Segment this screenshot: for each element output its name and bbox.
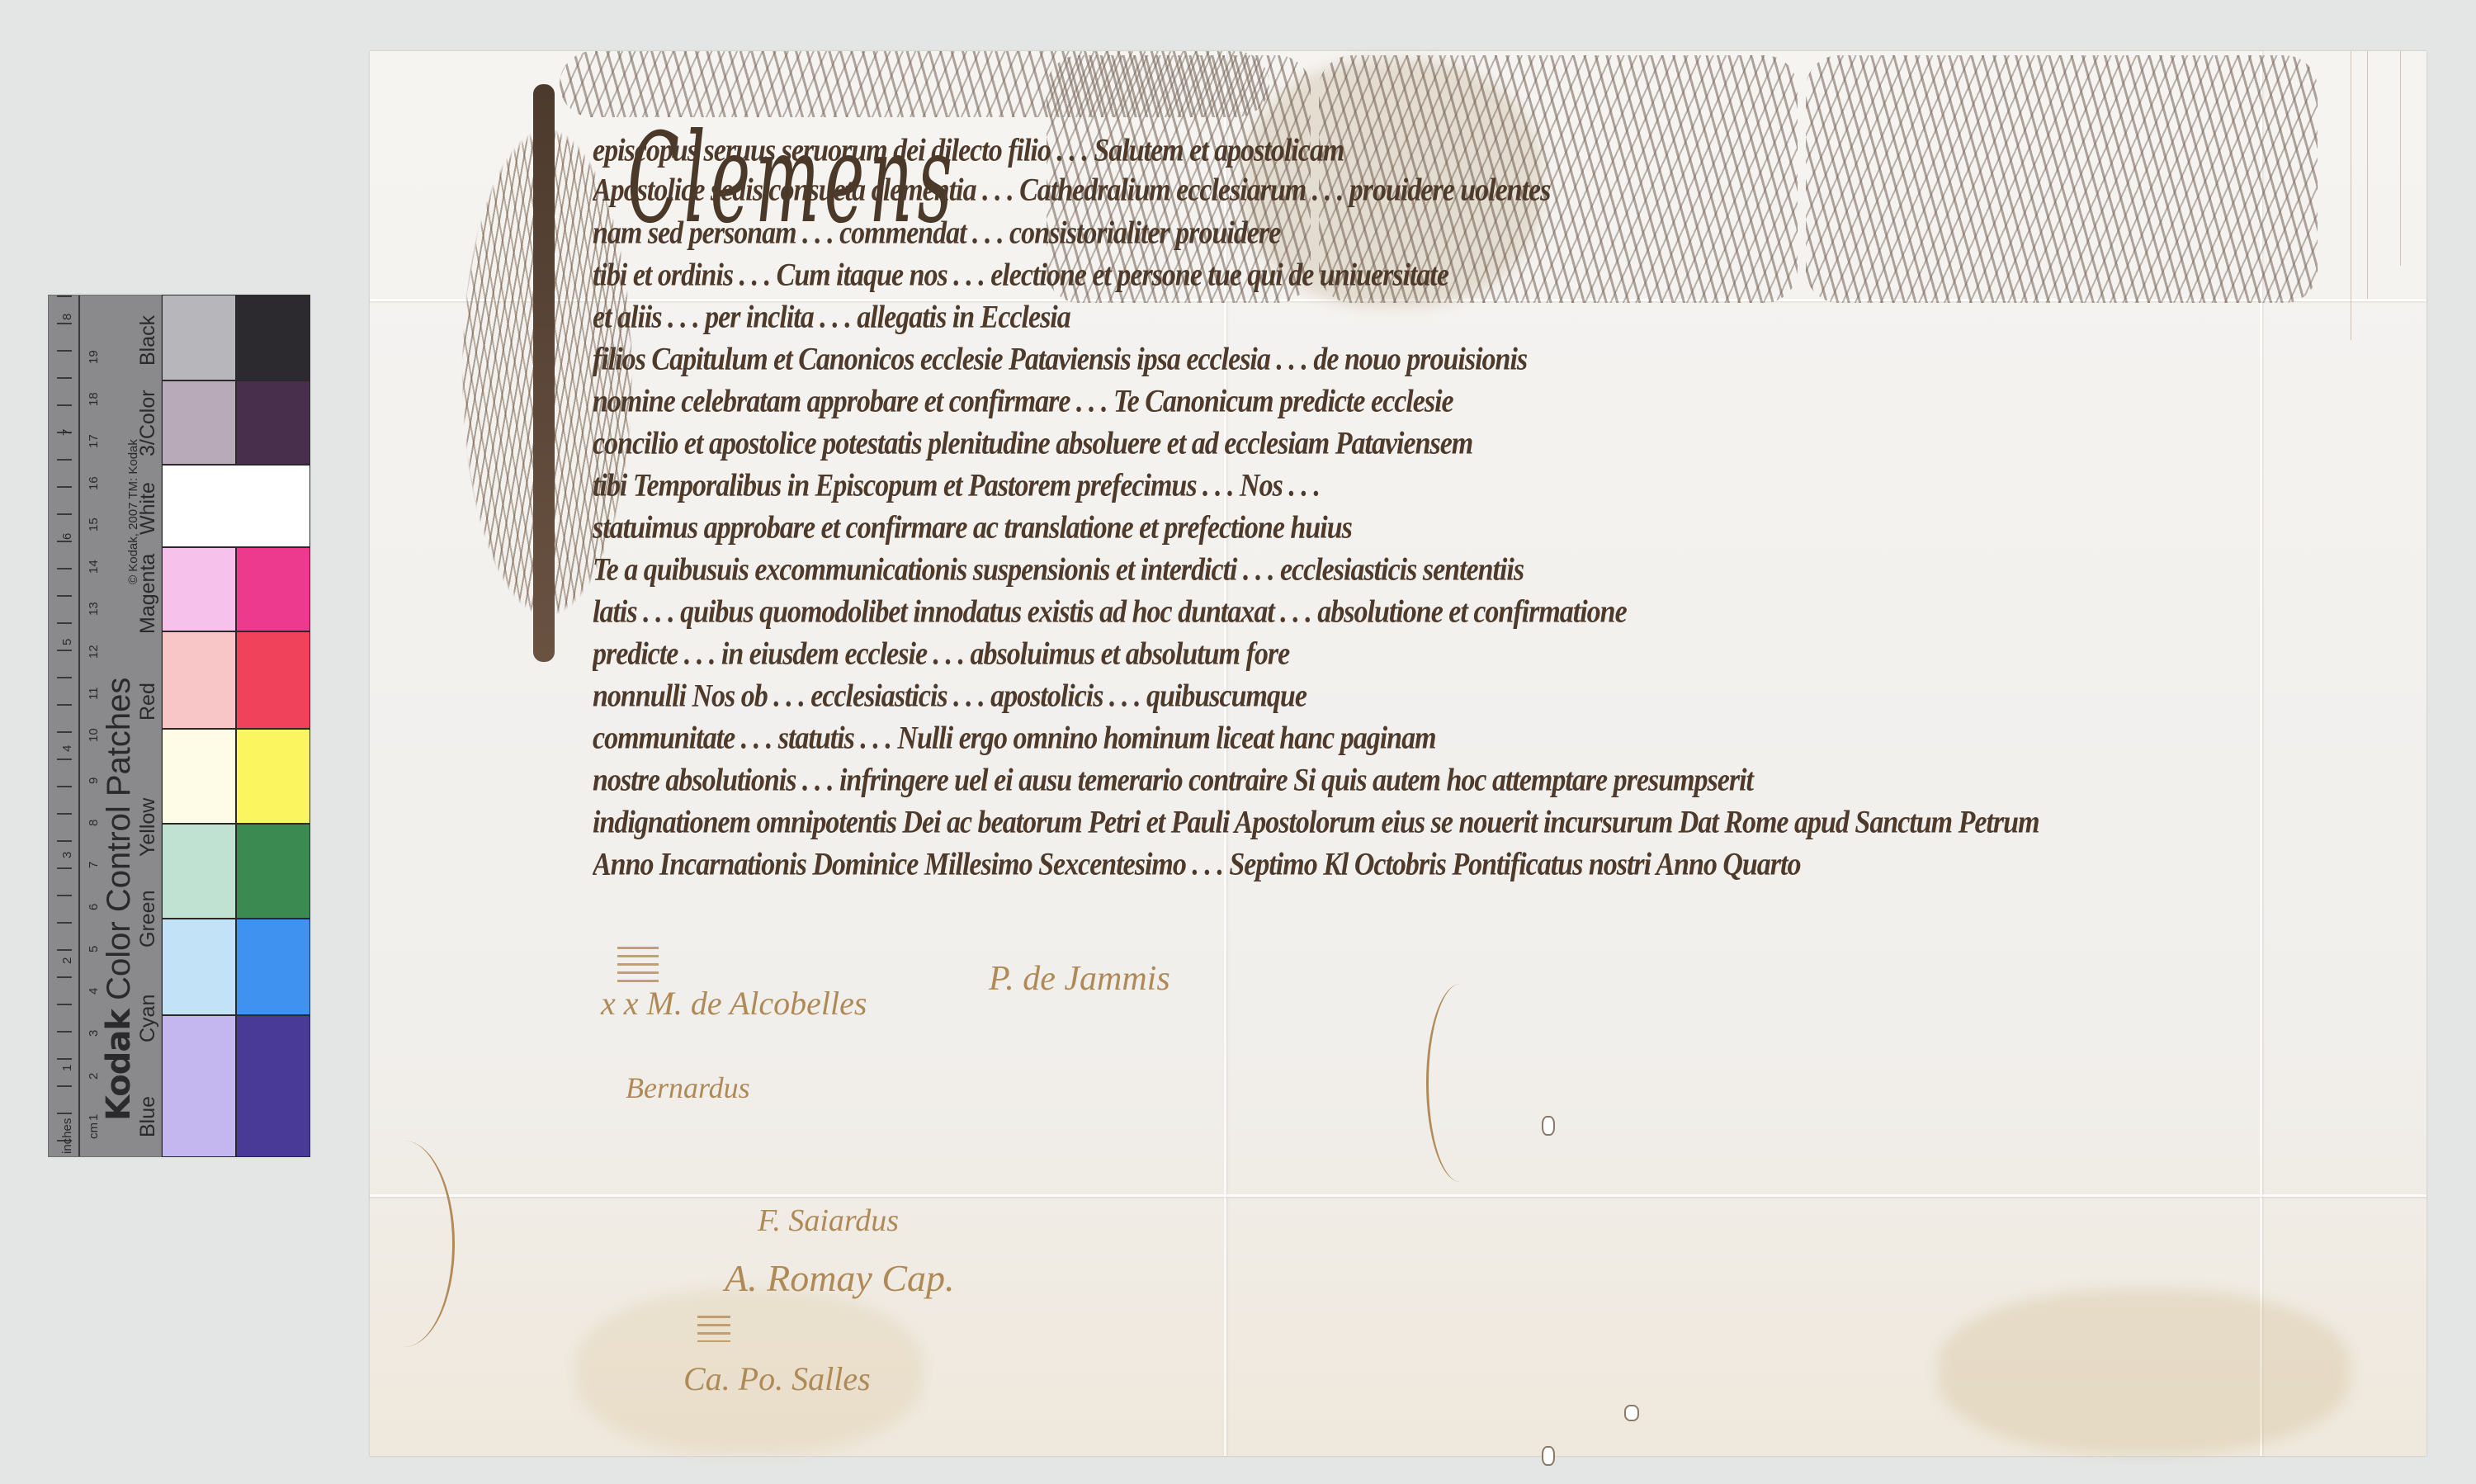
inch-mark: 8 xyxy=(60,314,74,320)
text-line: Te a quibusuis excommunicationis suspens… xyxy=(593,552,2400,588)
patch-3color-dark xyxy=(236,380,310,465)
product-name: Color Control Patches xyxy=(101,678,137,1000)
text-line: nonnulli Nos ob . . . ecclesiasticis . .… xyxy=(593,678,2400,715)
patch-yellow-light xyxy=(162,729,236,824)
kodak-logo-text: Kodak xyxy=(100,1009,138,1121)
text-line: nomine celebratam approbare et confirmar… xyxy=(593,384,2400,420)
text-line: tibi Temporalibus in Episcopum et Pastor… xyxy=(593,468,2400,504)
cm-mark: 13 xyxy=(87,602,101,616)
text-line: nam sed personam . . . commendat . . . c… xyxy=(593,215,2400,252)
registry-marks xyxy=(697,1316,730,1342)
parchment-document: Clemens episcopus seruus seruorum dei di… xyxy=(370,51,2426,1456)
patch-label-3color: 3/Color xyxy=(136,390,160,456)
inches-label: inches xyxy=(60,1118,74,1154)
patch-red-light xyxy=(162,631,236,729)
patch-label-yellow: Yellow xyxy=(136,798,160,857)
text-line: tibi et ordinis . . . Cum itaque nos . .… xyxy=(593,258,2400,294)
cm-mark: 19 xyxy=(87,350,101,364)
patch-label-green: Green xyxy=(136,891,160,948)
text-line: latis . . . quibus quomodolibet innodatu… xyxy=(593,594,2400,631)
cm-mark: 1 xyxy=(87,1114,101,1121)
cm-mark: 10 xyxy=(87,728,101,742)
patch-3color-light xyxy=(162,380,236,465)
patch-black-light xyxy=(162,295,236,380)
patch-yellow-dark xyxy=(236,729,310,824)
ink-curve-mark xyxy=(1426,984,1495,1182)
text-line: predicte . . . in eiusdem ecclesie . . .… xyxy=(593,636,2400,673)
registry-marks xyxy=(617,947,659,986)
cm-mark: 14 xyxy=(87,560,101,574)
text-line: indignationem omnipotentis Dei ac beator… xyxy=(593,805,2400,841)
signature: Ca. Po. Salles xyxy=(683,1359,871,1398)
text-line: nostre absolutionis . . . infringere uel… xyxy=(593,763,2400,799)
patch-label-cyan: Cyan xyxy=(136,995,160,1042)
cm-mark: 18 xyxy=(87,392,101,406)
cm-mark: 4 xyxy=(87,988,101,995)
ink-curve-mark xyxy=(353,1141,455,1347)
cm-mark: 2 xyxy=(87,1073,101,1080)
patch-magenta-light xyxy=(162,547,236,631)
patch-white xyxy=(162,465,310,547)
patch-label-blue: Blue xyxy=(136,1096,160,1137)
ruler-strip: inches cm 1 2 3 4 5 6 7 8 1 2 3 4 5 6 7 … xyxy=(48,295,162,1157)
signature: Bernardus xyxy=(626,1070,750,1105)
cm-mark: 12 xyxy=(87,645,101,659)
water-stain xyxy=(1938,1289,2351,1454)
patch-magenta-dark xyxy=(236,547,310,631)
ruler-edge xyxy=(49,295,80,1156)
inch-mark: 2 xyxy=(60,957,74,964)
inch-mark: 1 xyxy=(60,1065,74,1071)
kodak-color-checker: inches cm 1 2 3 4 5 6 7 8 1 2 3 4 5 6 7 … xyxy=(48,295,312,1157)
signature: A. Romay Cap. xyxy=(725,1256,955,1300)
patch-green-light xyxy=(162,824,236,919)
text-line: Apostolice sedis consueta clementia . . … xyxy=(593,173,2400,209)
patch-green-dark xyxy=(236,824,310,919)
inch-mark: 4 xyxy=(60,745,74,752)
patch-red-dark xyxy=(236,631,310,729)
signature: P. de Jammis xyxy=(989,959,1170,999)
cm-mark: 17 xyxy=(87,434,101,448)
kodak-brand-title: Kodak Color Control Patches xyxy=(100,678,138,1121)
cm-mark: 3 xyxy=(87,1030,101,1037)
text-line: Anno Incarnationis Dominice Millesimo Se… xyxy=(593,847,2400,883)
cm-mark: 7 xyxy=(87,862,101,868)
cm-mark: 6 xyxy=(87,904,101,910)
patch-cyan-dark xyxy=(236,919,310,1015)
patch-label-white: White xyxy=(136,482,160,535)
patch-label-magenta: Magenta xyxy=(136,554,160,634)
cm-label: cm xyxy=(87,1122,101,1139)
text-line: statuimus approbare et confirmare ac tra… xyxy=(593,510,2400,546)
cm-mark: 9 xyxy=(87,777,101,784)
text-line: communitate . . . statutis . . . Nulli e… xyxy=(593,721,2400,757)
text-line: et aliis . . . per inclita . . . allegat… xyxy=(593,300,2400,336)
patch-blue-light xyxy=(162,1015,236,1157)
cm-mark: 11 xyxy=(87,687,101,700)
text-line: concilio et apostolice potestatis plenit… xyxy=(593,426,2400,462)
text-line: episcopus seruus seruorum dei dilecto fi… xyxy=(593,133,2400,169)
cm-mark: 15 xyxy=(87,518,101,532)
cm-mark: 8 xyxy=(87,820,101,826)
fold-crease-horizontal xyxy=(370,1194,2426,1197)
patch-label-red: Red xyxy=(136,683,160,721)
cm-mark: 5 xyxy=(87,946,101,952)
inch-mark: 6 xyxy=(60,533,74,540)
cm-mark: 16 xyxy=(87,476,101,490)
seal-cord-hole xyxy=(1542,1446,1555,1466)
seal-cord-hole xyxy=(1624,1405,1639,1421)
patch-blue-dark xyxy=(236,1015,310,1157)
signature: x x M. de Alcobelles xyxy=(601,984,867,1023)
ruling-line xyxy=(2400,51,2401,266)
inch-mark: 3 xyxy=(60,852,74,858)
text-line: filios Capitulum et Canonicos ecclesie P… xyxy=(593,342,2400,378)
inch-mark: 7 xyxy=(60,429,74,436)
signature: F. Saiardus xyxy=(758,1203,899,1239)
seal-cord-hole xyxy=(1542,1116,1555,1136)
inch-mark: 5 xyxy=(60,639,74,645)
initial-stroke xyxy=(533,84,555,662)
patch-label-black: Black xyxy=(136,315,160,366)
patch-black-dark xyxy=(236,295,310,380)
patch-cyan-light xyxy=(162,919,236,1015)
